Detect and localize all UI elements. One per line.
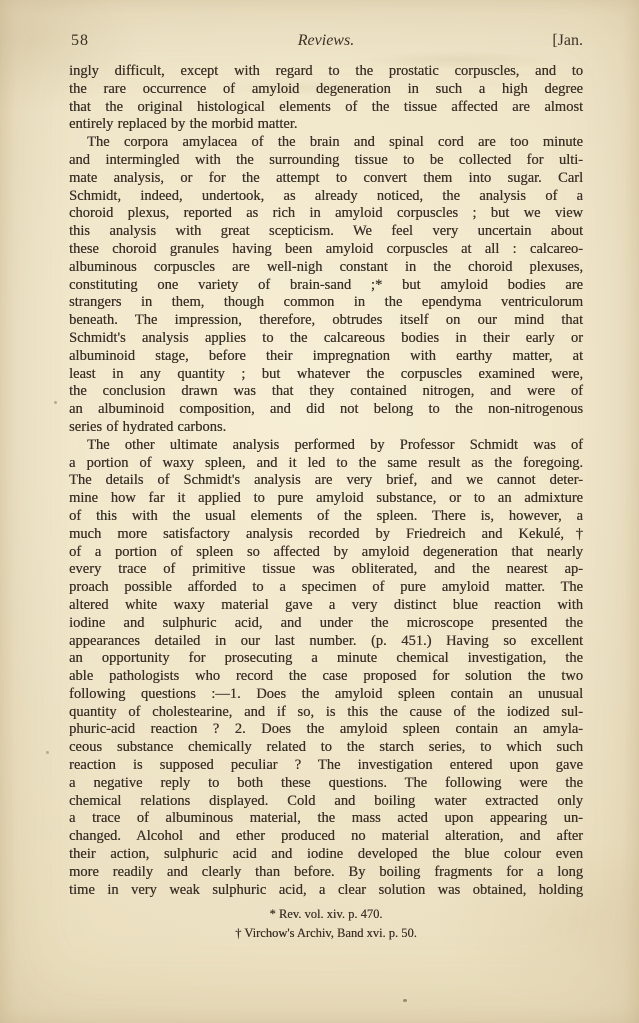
text-line: and intermingled with the surrounding ti… [69,152,583,170]
text-line: constituting one variety of brain-sand ;… [69,277,583,295]
text-line: following questions :—1. Does the amyloi… [69,686,583,704]
page-header: 58 Reviews. [Jan. [69,30,583,52]
footnote: † Virchow's Archiv, Band xvi. p. 50. [69,924,583,943]
text-line: ceous substance chemically related to th… [69,739,583,757]
text-line: chemical relations displayed. Cold and b… [69,793,583,811]
text-line: entirely replaced by the morbid matter. [69,116,583,134]
text-line: altered white waxy material gave a very … [69,597,583,615]
scan-speck [403,999,407,1002]
text-line: Schmidt, indeed, undertook, as already n… [69,188,583,206]
text-line: reaction is supposed peculiar ? The inve… [69,757,583,775]
page-body: ingly difficult, except with regard to t… [69,63,583,899]
paragraph: The corpora amylacea of the brain and sp… [69,134,583,437]
text-line: every trace of primitive tissue was obli… [69,561,583,579]
text-line: more readily and clearly than before. By… [69,864,583,882]
text-line: time in very weak sulphuric acid, a clea… [69,882,583,900]
text-line: strangers in them, though common in the … [69,294,583,312]
text-line: changed. Alcohol and ether produced no m… [69,828,583,846]
text-line: The corpora amylacea of the brain and sp… [69,134,583,152]
text-line: able pathologists who record the case pr… [69,668,583,686]
text-line: iodine and sulphuric acid, and under the… [69,615,583,633]
scan-speck [54,401,57,404]
text-line: these choroid granules having been amylo… [69,241,583,259]
text-line: this analysis with great scepticism. We … [69,223,583,241]
text-line: their action, sulphuric acid and iodine … [69,846,583,864]
text-line: a portion of waxy spleen, and it led to … [69,455,583,473]
text-line: Schmidt's analysis applies to the calcar… [69,330,583,348]
text-line: the conclusion drawn was that they conta… [69,383,583,401]
text-line: albuminous corpuscles are well-nigh cons… [69,259,583,277]
text-line: appearances detailed in our last number.… [69,633,583,651]
text-line: of this with the usual elements of the s… [69,508,583,526]
text-line: an albuminoid composition, and did not b… [69,401,583,419]
text-line: ingly difficult, except with regard to t… [69,63,583,81]
text-line: the rare occurrence of amyloid degenerat… [69,81,583,99]
text-line: phuric-acid reaction ? 2. Does the amylo… [69,721,583,739]
text-line: choroid plexus, reported as rich in amyl… [69,205,583,223]
paragraph: The other ultimate analysis performed by… [69,437,583,900]
text-line: The details of Schmidt's analysis are ve… [69,472,583,490]
text-line: much more satisfactory analysis recorded… [69,526,583,544]
text-line: least in any quantity ; but whatever the… [69,366,583,384]
text-line: beneath. The impression, therefore, obtr… [69,312,583,330]
footnotes: * Rev. vol. xiv. p. 470.† Virchow's Arch… [69,905,583,943]
running-title: Reviews. [69,30,583,52]
text-line: The other ultimate analysis performed by… [69,437,583,455]
text-line: proach possible afforded to a specimen o… [69,579,583,597]
book-page: 58 Reviews. [Jan. ingly difficult, excep… [0,0,639,1023]
text-line: of a portion of spleen so affected by am… [69,544,583,562]
issue-label: [Jan. [552,30,583,52]
paragraph: ingly difficult, except with regard to t… [69,63,583,134]
footnote: * Rev. vol. xiv. p. 470. [69,905,583,924]
text-line: a trace of albuminous material, the mass… [69,810,583,828]
text-line: mine how far it applied to pure amyloid … [69,490,583,508]
text-line: albuminoid stage, before their impregnat… [69,348,583,366]
text-line: quantity of cholestearine, and if so, is… [69,704,583,722]
text-line: that the original histological elements … [69,99,583,117]
text-line: mate analysis, or for the attempt to con… [69,170,583,188]
text-line: an opportunity for prosecuting a minute … [69,650,583,668]
scan-speck [46,751,49,754]
text-line: series of hydrated carbons. [69,419,583,437]
text-line: a negative reply to both these questions… [69,775,583,793]
